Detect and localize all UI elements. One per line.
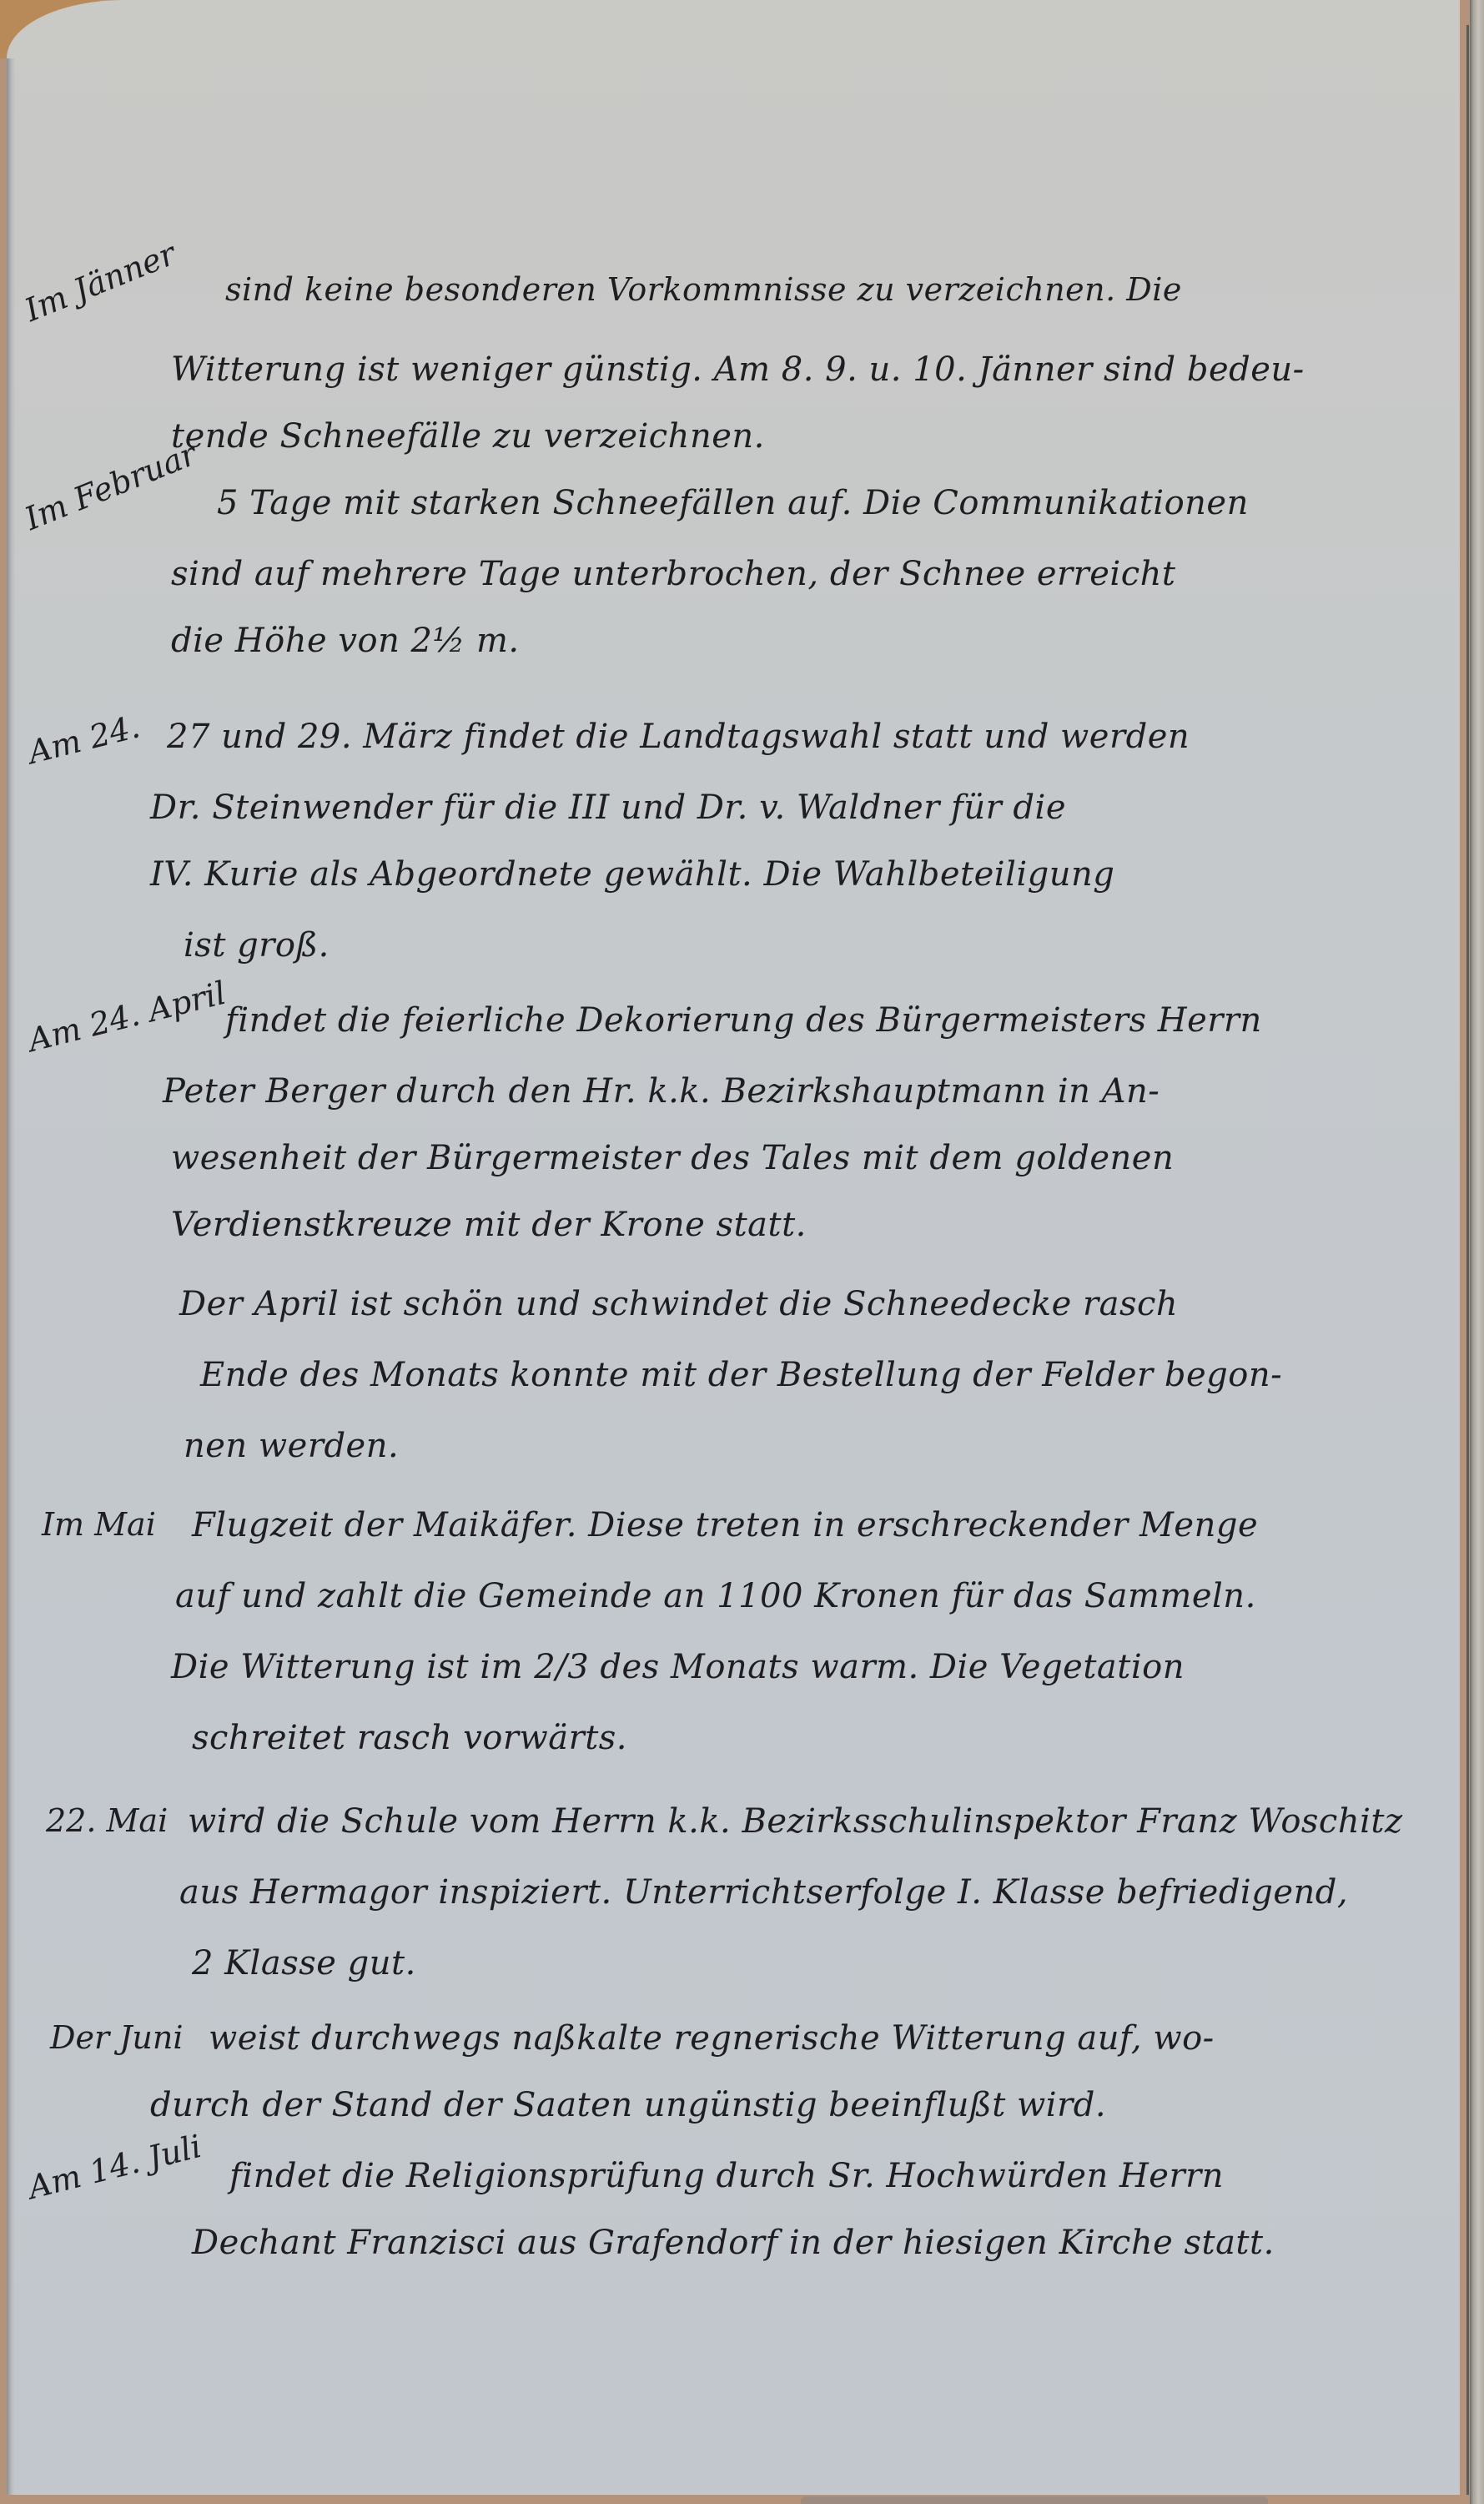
entry-label-mai: Im Mai xyxy=(42,1506,156,1543)
entry-line: findet die feierliche Dekorierung des Bü… xyxy=(225,1001,1262,1040)
entry-line: Dr. Steinwender für die III und Dr. v. W… xyxy=(150,788,1066,827)
entry-line: auf und zahlt die Gemeinde an 1100 Krone… xyxy=(175,1577,1256,1615)
bottom-edge-stain xyxy=(801,2496,1268,2504)
page-left-edge xyxy=(7,58,15,2495)
entry-line: Flugzeit der Maikäfer. Diese treten in e… xyxy=(192,1506,1258,1544)
entry-line: schreitet rasch vorwärts. xyxy=(192,1719,627,1757)
entry-line: aus Hermagor inspiziert. Unterrichtserfo… xyxy=(179,1873,1348,1912)
entry-line: sind keine besonderen Vorkommnisse zu ve… xyxy=(225,271,1182,308)
entry-line: 27 und 29. März findet die Landtagswahl … xyxy=(167,718,1190,756)
right-page-edge xyxy=(1470,0,1484,2504)
entry-line: tende Schneefälle zu verzeichnen. xyxy=(171,417,765,456)
entry-line: durch der Stand der Saaten ungünstig bee… xyxy=(150,2086,1106,2124)
entry-line: Witterung ist weniger günstig. Am 8. 9. … xyxy=(171,350,1305,389)
entry-line: Peter Berger durch den Hr. k.k. Bezirksh… xyxy=(163,1072,1160,1111)
entry-line: nen werden. xyxy=(184,1427,399,1465)
entry-line: 5 Tage mit starken Schneefällen auf. Die… xyxy=(217,484,1249,522)
entry-line: sind auf mehrere Tage unterbrochen, der … xyxy=(171,555,1175,593)
entry-line: findet die Religionsprüfung durch Sr. Ho… xyxy=(229,2157,1224,2195)
entry-line: IV. Kurie als Abgeordnete gewählt. Die W… xyxy=(150,855,1114,894)
entry-label-22-mai: 22. Mai xyxy=(46,1802,168,1839)
entry-line: wird die Schule vom Herrn k.k. Bezirkssc… xyxy=(188,1802,1403,1841)
entry-line: Der April ist schön und schwindet die Sc… xyxy=(179,1285,1178,1323)
binding-rule xyxy=(1466,25,1469,2495)
entry-line: 2 Klasse gut. xyxy=(192,1944,416,1983)
entry-line: ist groß. xyxy=(184,926,329,965)
entry-line: wesenheit der Bürgermeister des Tales mi… xyxy=(171,1139,1174,1177)
entry-line: Dechant Franzisci aus Grafendorf in der … xyxy=(192,2224,1275,2262)
entry-line: Die Witterung ist im 2/3 des Monats warm… xyxy=(171,1648,1185,1686)
entry-line: Ende des Monats konnte mit der Bestellun… xyxy=(200,1356,1282,1394)
entry-line: die Höhe von 2½ m. xyxy=(171,622,520,660)
entry-line: weist durchwegs naßkalte regnerische Wit… xyxy=(209,2019,1215,2058)
entry-line: Verdienstkreuze mit der Krone statt. xyxy=(171,1206,807,1244)
entry-label-juni: Der Juni xyxy=(50,2019,184,2056)
